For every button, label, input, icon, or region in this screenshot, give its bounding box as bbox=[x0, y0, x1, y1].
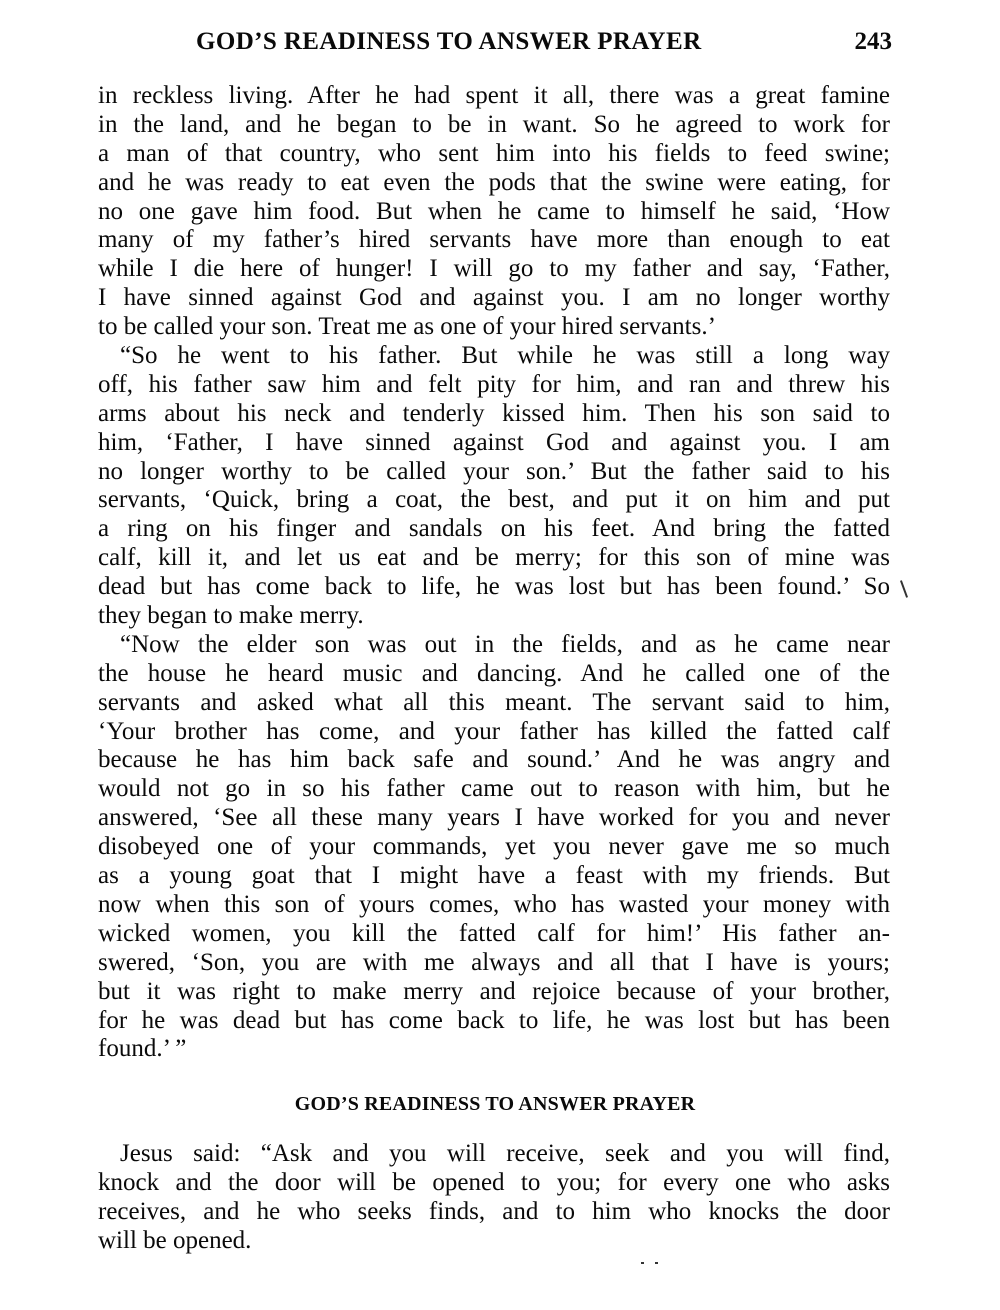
text-line: a ring on his finger and sandals on his … bbox=[98, 515, 890, 544]
text-line: swered, ‘Son, you are with me always and… bbox=[98, 949, 890, 978]
page-number: 243 bbox=[855, 28, 893, 56]
text-line: him, ‘Father, I have sinned against God … bbox=[98, 429, 890, 458]
text-line: disobeyed one of your commands, yet you … bbox=[98, 833, 890, 862]
text-line: because he has him back safe and sound.’… bbox=[98, 746, 890, 775]
text-line: now when this son of yours comes, who ha… bbox=[98, 891, 890, 920]
section-paragraph: Jesus said: “Ask and you will receive, s… bbox=[98, 1140, 890, 1256]
scan-artifact-mark bbox=[900, 580, 908, 598]
text-line: servants and asked what all this meant. … bbox=[98, 689, 890, 718]
text-line: no longer worthy to be called your son.’… bbox=[98, 458, 890, 487]
text-line: to be called your son. Treat me as one o… bbox=[98, 313, 890, 342]
text-line: in the land, and he began to be in want.… bbox=[98, 111, 890, 140]
body-text: in reckless living. After he had spent i… bbox=[98, 82, 890, 1064]
text-line: while I die here of hunger! I will go to… bbox=[98, 255, 890, 284]
text-line: will be opened. bbox=[98, 1227, 890, 1256]
text-line: would not go in so his father came out t… bbox=[98, 775, 890, 804]
text-line: the house he heard music and dancing. An… bbox=[98, 660, 890, 689]
text-line: as a young goat that I might have a feas… bbox=[98, 862, 890, 891]
text-line: in reckless living. After he had spent i… bbox=[98, 82, 890, 111]
text-line: Jesus said: “Ask and you will receive, s… bbox=[98, 1140, 890, 1169]
text-line: “Now the elder son was out in the fields… bbox=[98, 631, 890, 660]
running-head: GOD’S READINESS TO ANSWER PRAYER 243 bbox=[196, 28, 896, 60]
text-line: for he was dead but has come back to lif… bbox=[98, 1007, 890, 1036]
section-heading: GOD’S READINESS TO ANSWER PRAYER bbox=[0, 1093, 1000, 1116]
text-line: I have sinned against God and against yo… bbox=[98, 284, 890, 313]
text-line: they began to make merry. bbox=[98, 602, 890, 631]
text-line: and he was ready to eat even the pods th… bbox=[98, 169, 890, 198]
text-line: knock and the door will be opened to you… bbox=[98, 1169, 890, 1198]
text-line: receives, and he who seeks finds, and to… bbox=[98, 1198, 890, 1227]
text-line: no one gave him food. But when he came t… bbox=[98, 198, 890, 227]
text-line: arms about his neck and tenderly kissed … bbox=[98, 400, 890, 429]
text-line: “So he went to his father. But while he … bbox=[98, 342, 890, 371]
text-line: answered, ‘See all these many years I ha… bbox=[98, 804, 890, 833]
running-title: GOD’S READINESS TO ANSWER PRAYER bbox=[196, 28, 702, 56]
scan-artifact-dot bbox=[641, 1262, 644, 1264]
text-line: dead but has come back to life, he was l… bbox=[98, 573, 890, 602]
text-line: many of my father’s hired servants have … bbox=[98, 226, 890, 255]
text-line: but it was right to make merry and rejoi… bbox=[98, 978, 890, 1007]
text-line: servants, ‘Quick, bring a coat, the best… bbox=[98, 486, 890, 515]
text-line: a man of that country, who sent him into… bbox=[98, 140, 890, 169]
section-heading-text: GOD’S READINESS TO ANSWER PRAYER bbox=[295, 1093, 696, 1115]
text-line: ‘Your brother has come, and your father … bbox=[98, 718, 890, 747]
text-line: found.’ ” bbox=[98, 1035, 890, 1064]
scan-artifact-dot bbox=[655, 1262, 658, 1264]
text-line: wicked women, you kill the fatted calf f… bbox=[98, 920, 890, 949]
text-line: off, his father saw him and felt pity fo… bbox=[98, 371, 890, 400]
text-line: calf, kill it, and let us eat and be mer… bbox=[98, 544, 890, 573]
